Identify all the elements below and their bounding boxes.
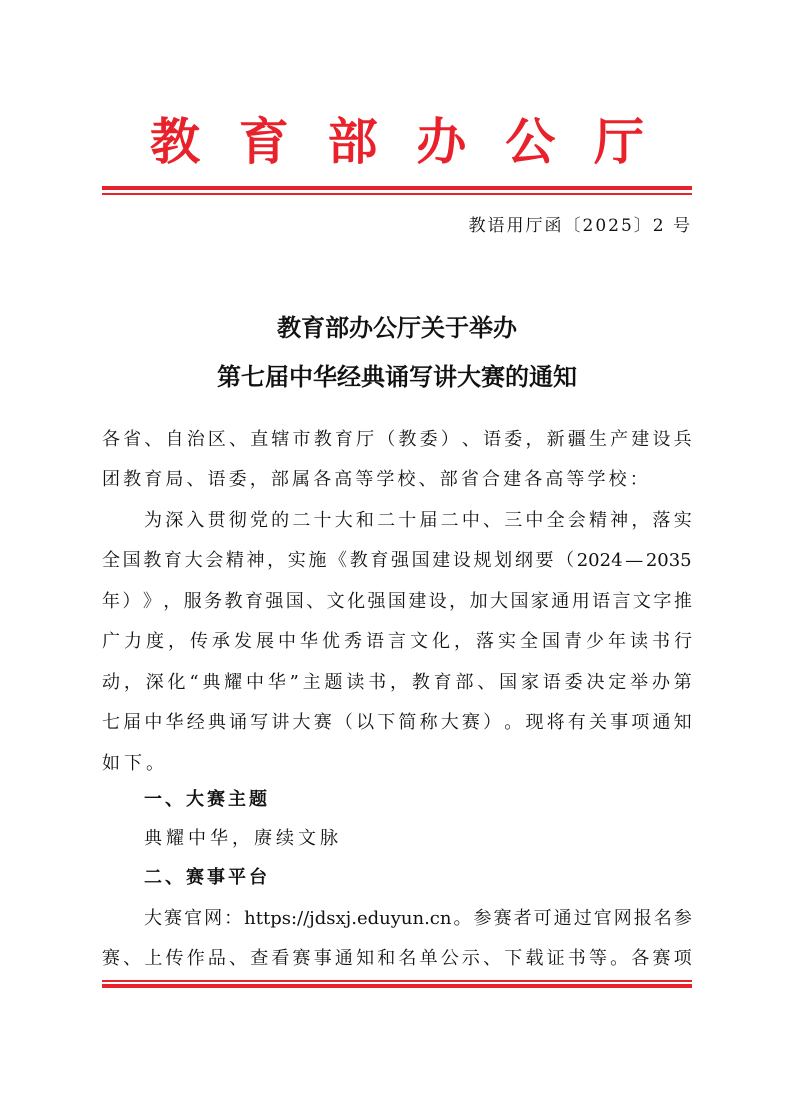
section-heading: 一、大赛主题: [144, 787, 270, 813]
section-text: 典耀中华，赓续文脉: [144, 826, 692, 852]
addressee-line: 各省、自治区、直辖市教育厅（教委）、语委，新疆生产建设兵: [102, 427, 692, 453]
masthead-char: 办: [416, 112, 466, 172]
paragraph-line: 为深入贯彻党的二十大和二十届二中、三中全会精神，落实: [144, 508, 692, 534]
document-title-line-2: 第七届中华经典诵写讲大赛的通知: [102, 362, 692, 392]
document-number: 教语用厅函〔2025〕2 号: [469, 214, 692, 238]
paragraph-line: 广力度，传承发展中华优秀语言文化，落实全国青少年读书行: [102, 629, 692, 655]
masthead-char: 教: [150, 112, 200, 172]
masthead-title: 教 育 部 办 公 厅: [102, 112, 692, 172]
paragraph-line: 年）》，服务教育强国、文化强国建设，加大国家通用语言文字推: [102, 589, 692, 615]
header-rule-thin: [102, 193, 692, 195]
document-title-line-1: 教育部办公厅关于举办: [102, 313, 692, 343]
addressee-line: 团教育局、语委，部属各高等学校、部省合建各高等学校：: [102, 467, 648, 493]
paragraph-line: 动，深化“典耀中华”主题读书，教育部、国家语委决定举办第: [102, 670, 692, 696]
masthead-char: 厅: [594, 112, 644, 172]
masthead-char: 育: [239, 112, 289, 172]
paragraph-line: 全国教育大会精神，实施《教育强国建设规划纲要（2024—2035: [102, 548, 692, 574]
section-text: 赛、上传作品、查看赛事通知和名单公示、下载证书等。各赛项: [102, 946, 692, 972]
footer-rule-thick: [102, 984, 692, 988]
footer-rule-thin: [102, 980, 692, 982]
section-text: 大赛官网：https://jdsxj.eduyun.cn。参赛者可通过官网报名参: [144, 906, 692, 932]
masthead-char: 公: [505, 112, 555, 172]
section-heading: 二、赛事平台: [144, 865, 270, 891]
paragraph-line: 如下。: [102, 751, 692, 777]
paragraph-line: 七届中华经典诵写讲大赛（以下简称大赛）。现将有关事项通知: [102, 710, 692, 736]
header-rule-thick: [102, 186, 692, 190]
document-page: 教 育 部 办 公 厅 教语用厅函〔2025〕2 号 教育部办公厅关于举办 第七…: [0, 0, 794, 1108]
masthead-char: 部: [328, 112, 378, 172]
